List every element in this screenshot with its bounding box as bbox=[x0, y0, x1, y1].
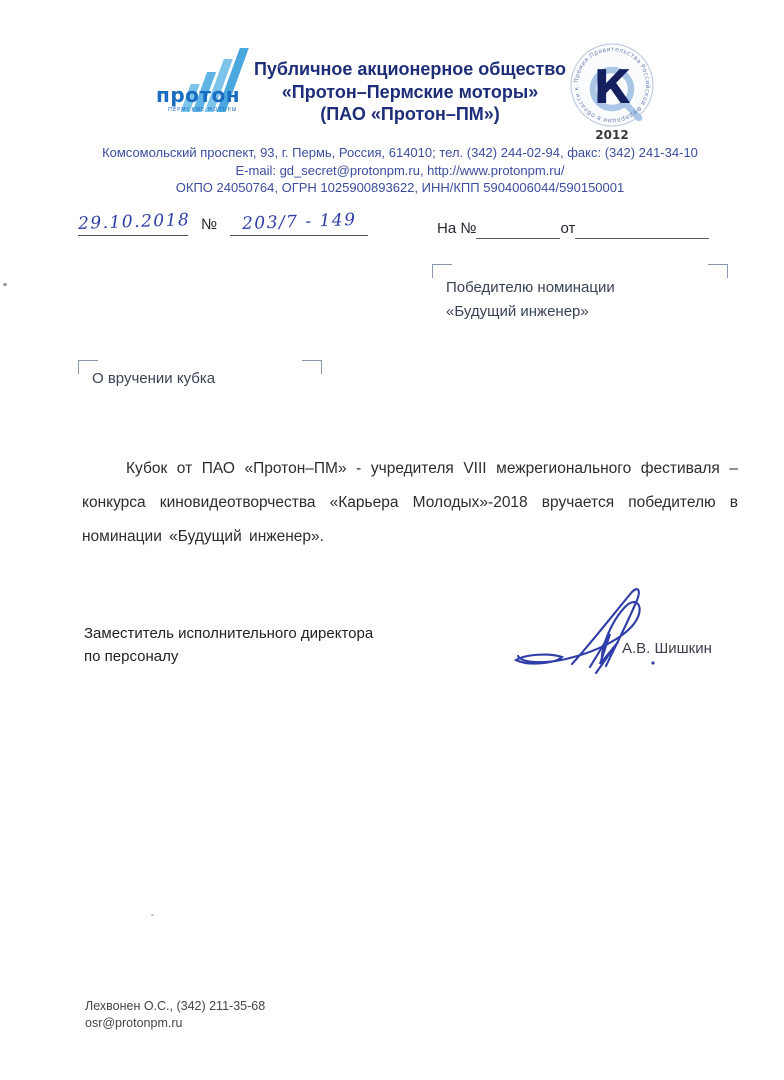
seal-year: 2012 bbox=[595, 128, 628, 142]
scan-artifact-dot bbox=[151, 914, 154, 916]
signer-position-line-1: Заместитель исполнительного директора bbox=[84, 622, 373, 645]
logo-caption-text: ПЕРМСКИЕ МОТОРЫ bbox=[168, 107, 237, 113]
handwritten-date: 29.10.2018 bbox=[78, 210, 191, 234]
signer-position-block: Заместитель исполнительного директора по… bbox=[84, 622, 373, 668]
recipient-block: Победителю номинации «Будущий инженер» bbox=[446, 276, 615, 324]
recipient-line-2: «Будущий инженер» bbox=[446, 300, 615, 324]
date-field: 29.10.2018 bbox=[78, 212, 188, 236]
address-line-1: Комсомольский проспект, 93, г. Пермь, Ро… bbox=[70, 144, 730, 162]
org-name-line-3: (ПАО «Протон–ПМ») bbox=[245, 103, 575, 126]
org-name-line-2: «Протон–Пермские моторы» bbox=[245, 81, 575, 104]
signer-position-line-2: по персоналу bbox=[84, 645, 373, 668]
handwritten-number: 203/7 - 149 bbox=[242, 210, 357, 234]
proton-logo: протон ПЕРМСКИЕ МОТОРЫ bbox=[154, 42, 258, 132]
org-address-block: Комсомольский проспект, 93, г. Пермь, Ро… bbox=[70, 144, 730, 197]
number-sign-label: № bbox=[201, 216, 217, 236]
executor-email: osr@protonpm.ru bbox=[85, 1015, 265, 1032]
executor-name-phone: Лехвонен О.С., (342) 211-35-68 bbox=[85, 998, 265, 1015]
recipient-line-1: Победителю номинации bbox=[446, 276, 615, 300]
address-line-2: E-mail: gd_secret@protonpm.ru, http://ww… bbox=[70, 162, 730, 180]
reply-from-label: от bbox=[560, 220, 575, 239]
handwritten-signature bbox=[512, 586, 662, 676]
outgoing-ref-block: 29.10.2018 № 203/7 - 149 bbox=[78, 212, 368, 236]
executor-contact-block: Лехвонен О.С., (342) 211-35-68 osr@proto… bbox=[85, 998, 265, 1032]
reply-to-number-label: На № bbox=[437, 220, 476, 239]
logo-brand-text: протон bbox=[156, 83, 240, 107]
reply-date-blank bbox=[575, 218, 709, 239]
reply-number-blank bbox=[476, 218, 560, 239]
number-field: 203/7 - 149 bbox=[230, 212, 368, 236]
quality-award-seal-icon: Премия Правительства Российской Федераци… bbox=[566, 40, 658, 142]
signer-name: А.В. Шишкин bbox=[622, 640, 712, 657]
scanned-letter-page: протон ПЕРМСКИЕ МОТОРЫ Публичное акционе… bbox=[0, 0, 784, 1080]
org-name-line-1: Публичное акционерное общество bbox=[245, 58, 575, 81]
ink-dot bbox=[651, 661, 654, 664]
scan-artifact-dot bbox=[3, 283, 7, 286]
incoming-ref-block: На № от bbox=[437, 218, 709, 239]
letter-body-paragraph: Кубок от ПАО «Протон–ПМ» - учредителя VI… bbox=[82, 452, 738, 554]
subject-line: О вручении кубка bbox=[92, 370, 215, 387]
org-name-block: Публичное акционерное общество «Протон–П… bbox=[245, 58, 575, 126]
subject-corner-right bbox=[302, 360, 322, 374]
recipient-corner-right bbox=[708, 264, 728, 278]
seal-letter-k: К bbox=[593, 60, 631, 114]
address-line-3: ОКПО 24050764, ОГРН 1025900893622, ИНН/К… bbox=[70, 179, 730, 197]
